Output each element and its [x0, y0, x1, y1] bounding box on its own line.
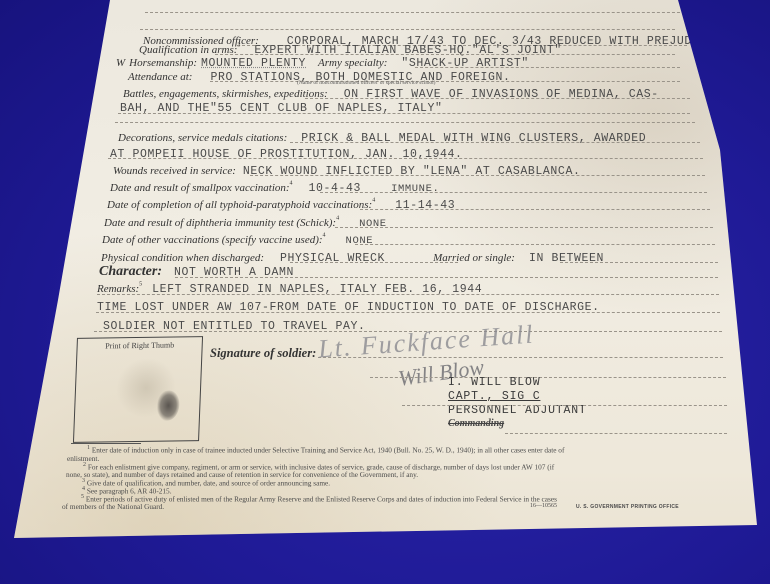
footnote-marker: 4 — [336, 216, 339, 222]
field-underline — [505, 433, 727, 434]
signature-row: Signature of soldier: — [210, 344, 316, 362]
officer-rank: CAPT., SIG C — [448, 390, 587, 404]
footnote-1: 1 Enter date of induction only in case o… — [87, 445, 564, 454]
field-underline — [108, 158, 703, 159]
decorations-label: Decorations, service medals citations: — [118, 132, 287, 144]
smallpox-date: 10-4-43 — [309, 182, 362, 195]
field-underline — [118, 113, 690, 114]
field-underline — [290, 262, 458, 263]
field-underline — [402, 405, 727, 406]
footnote-rule — [71, 443, 141, 444]
footnote-marker: 4 — [323, 233, 326, 239]
officer-title: PERSONNEL ADJUTANT — [448, 404, 587, 418]
signature-label: Signature of soldier: — [210, 346, 316, 360]
footnote-marker: 4 — [372, 198, 375, 204]
field-underline — [560, 262, 718, 263]
character-label: Character: — [99, 264, 162, 279]
diphtheria-row: Date and result of diphtheria immunity t… — [104, 213, 387, 231]
officer-block: I. WILL BLOW CAPT., SIG C PERSONNEL ADJU… — [448, 376, 587, 429]
field-underline — [320, 192, 707, 193]
discharge-document: Noncommissioned officer: CORPORAL, MARCH… — [0, 0, 770, 584]
blank-line — [140, 29, 675, 30]
decorations-value-line2: AT POMPEII HOUSE OF PROSTITUTION, JAN. 1… — [110, 148, 463, 161]
blank-line — [115, 122, 695, 123]
physical-condition-value: PHYSICAL WRECK — [280, 252, 385, 265]
diphtheria-label: Date and result of diphtheria immunity t… — [104, 217, 336, 229]
smallpox-label: Date and result of smallpox vaccination: — [110, 182, 290, 194]
officer-name: I. WILL BLOW — [448, 376, 587, 390]
field-underline — [355, 244, 715, 245]
decorations-line2-row: AT POMPEII HOUSE OF PROSTITUTION, JAN. 1… — [110, 144, 463, 162]
field-underline — [250, 175, 705, 176]
other-vaccinations-value: NONE — [346, 235, 374, 247]
printer-credit: U. S. GOVERNMENT PRINTING OFFICE — [576, 504, 679, 510]
typhoid-row: Date of completion of all typhoid-paraty… — [107, 195, 455, 213]
other-vaccinations-row: Date of other vaccinations (specify vacc… — [102, 230, 373, 248]
field-underline — [335, 227, 713, 228]
typhoid-value: 11-14-43 — [395, 199, 455, 212]
blank-line — [145, 12, 685, 13]
field-underline — [290, 142, 700, 143]
other-vaccinations-label: Date of other vaccinations (specify vacc… — [102, 234, 323, 246]
wounds-row: Wounds received in service: NECK WOUND I… — [113, 161, 580, 179]
horsemanship-prefix: W — [116, 57, 125, 69]
thumbprint-label: Print of Right Thumb — [77, 340, 201, 351]
wounds-value: NECK WOUND INFLICTED BY "LENA" AT CASABL… — [243, 165, 581, 178]
footnote-marker: 4 — [290, 181, 293, 187]
wounds-label: Wounds received in service: — [113, 165, 236, 177]
married-value: IN BETWEEN — [529, 252, 604, 265]
attendance-label: Attendance at: — [128, 71, 192, 83]
diphtheria-value: NONE — [359, 218, 387, 230]
smallpox-row: Date and result of smallpox vaccination:… — [110, 178, 439, 196]
field-underline — [360, 209, 710, 210]
struck-commanding: Commanding — [448, 418, 587, 429]
typhoid-label: Date of completion of all typhoid-paraty… — [107, 199, 372, 211]
footnote-marker: 3 — [237, 43, 240, 49]
field-underline — [96, 312, 720, 313]
thumbprint-box: Print of Right Thumb — [73, 336, 203, 443]
footnote-marker: 5 — [139, 282, 142, 288]
thumbprint-mark — [157, 390, 180, 420]
field-underline — [175, 277, 718, 278]
footnote-5-cont: of members of the National Guard. — [62, 502, 164, 511]
field-underline — [97, 294, 719, 295]
field-underline — [210, 81, 680, 82]
smallpox-result: IMMUNE. — [391, 183, 439, 195]
form-number: 16—10565 — [530, 503, 557, 509]
